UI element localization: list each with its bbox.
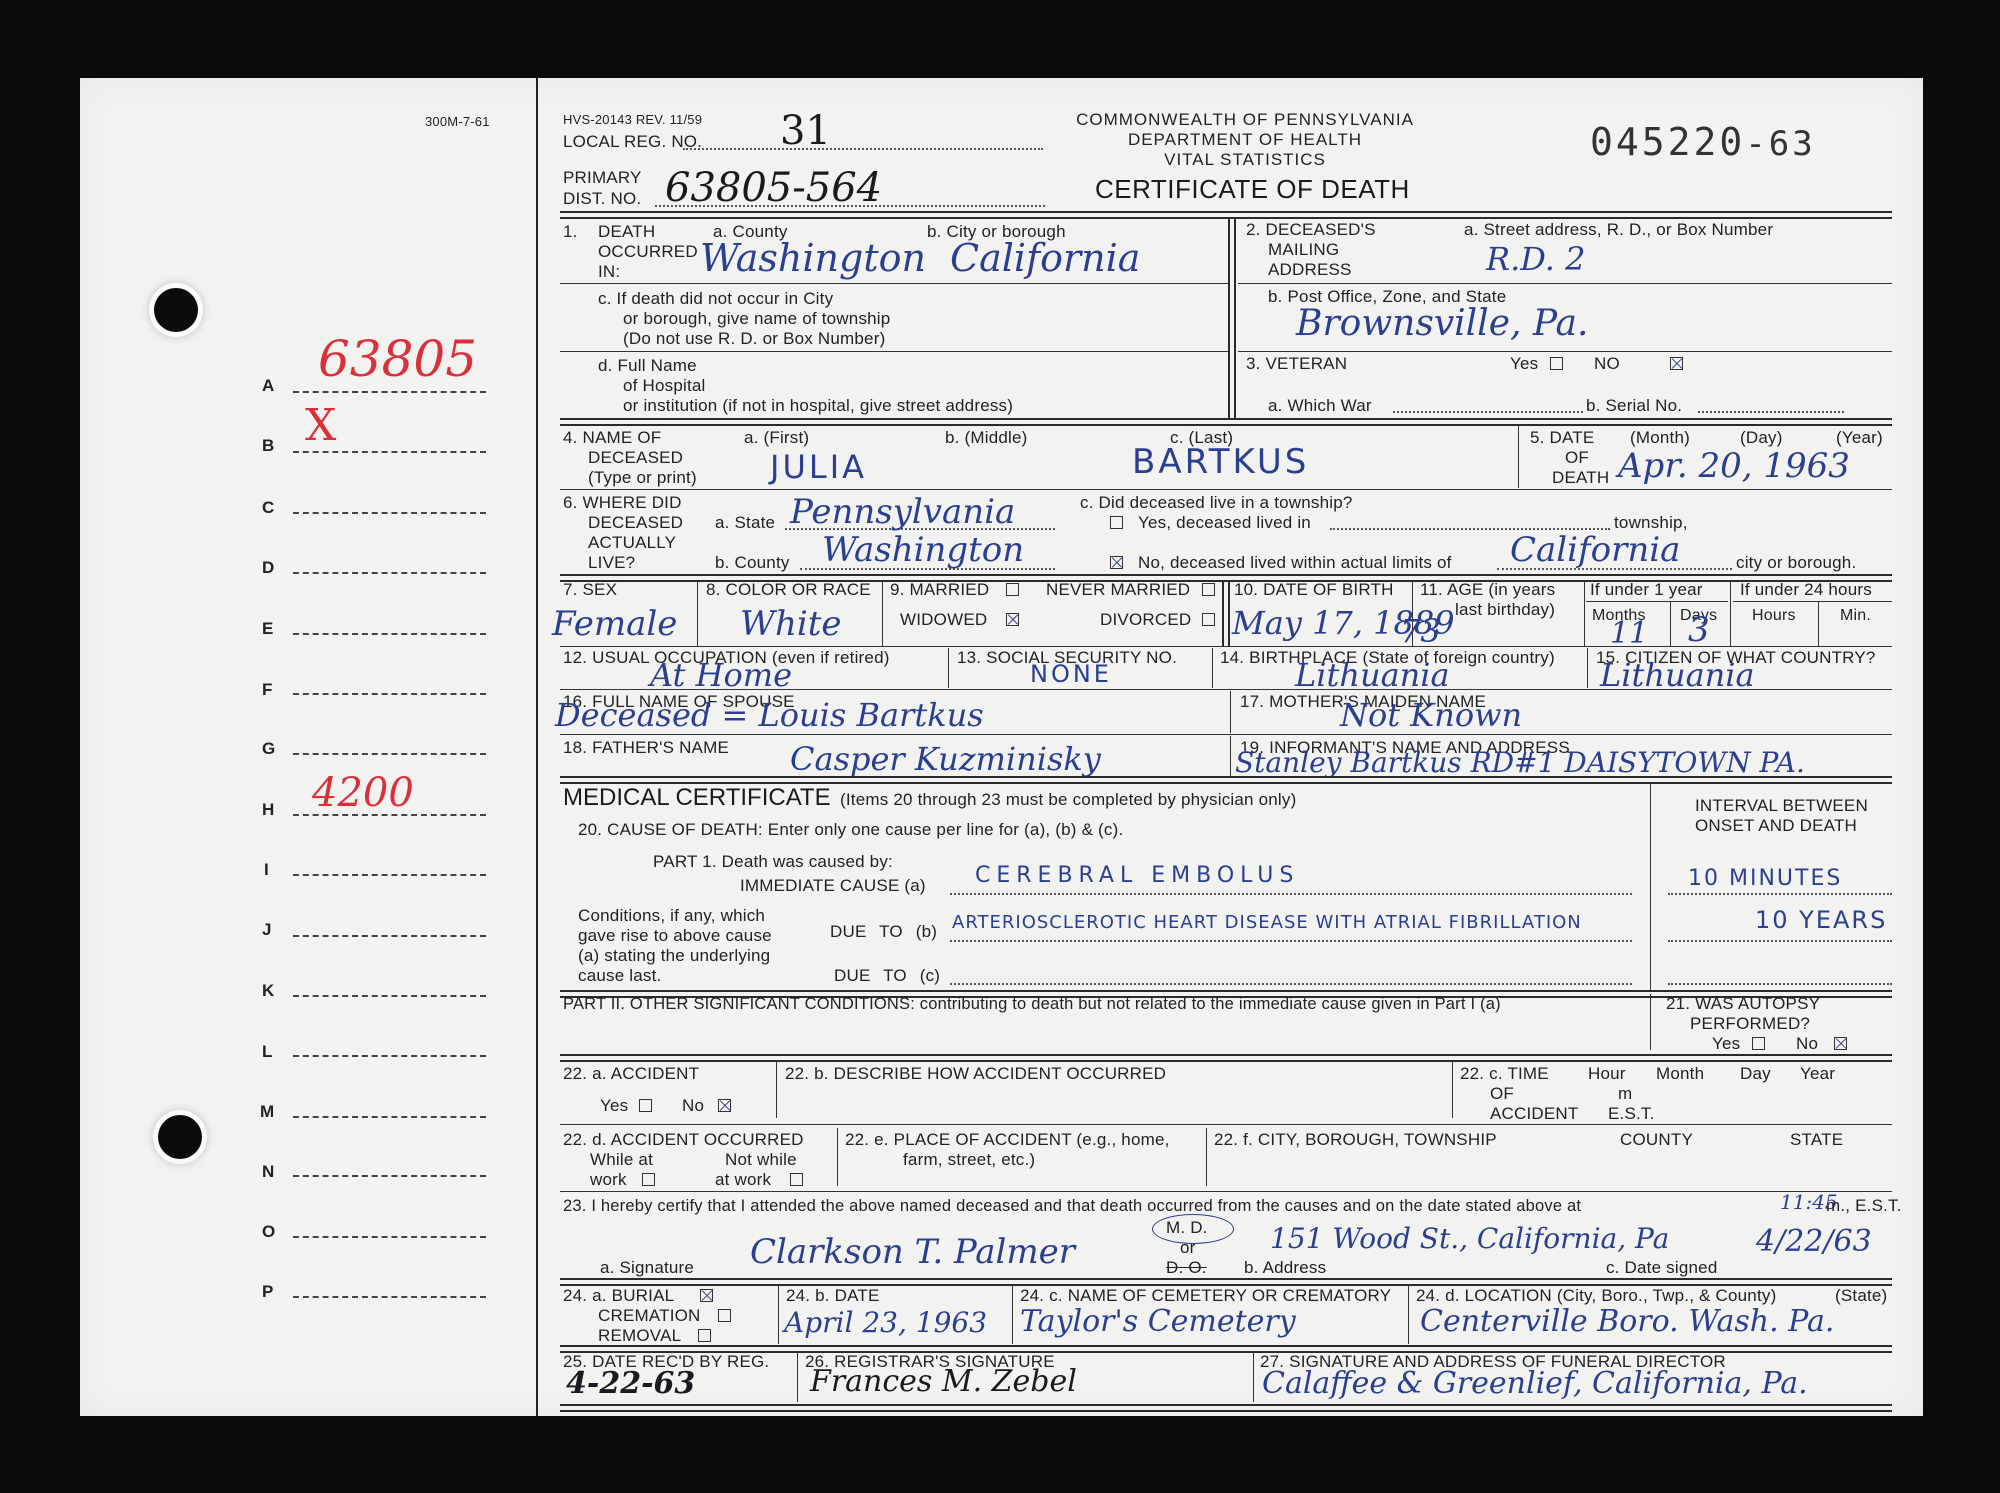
row12-div3 <box>1587 648 1588 688</box>
row7-div5 <box>1584 580 1585 646</box>
min-label: Min. <box>1840 606 1871 626</box>
township-question: c. Did deceased live in a township? <box>1080 493 1353 513</box>
physician-signature: Clarkson T. Palmer <box>750 1232 1075 1272</box>
hospital-line3: or institution (if not in hospital, give… <box>623 396 1013 416</box>
divorced-checkbox[interactable] <box>1202 613 1215 626</box>
strip-letter-b: B <box>262 436 274 456</box>
cause-label: 20. CAUSE OF DEATH: Enter only one cause… <box>578 820 1123 840</box>
not-at-work-checkbox[interactable] <box>790 1173 803 1186</box>
immediate-interval-line <box>1668 893 1892 895</box>
date-signed-value: 4/22/63 <box>1756 1224 1872 1259</box>
physician-address-label: b. Address <box>1244 1258 1326 1278</box>
or-label: or <box>1180 1238 1196 1258</box>
burial-label: 24. a. BURIAL <box>563 1286 674 1306</box>
due-c-interval-line <box>1668 983 1892 985</box>
accident-f-label: 22. f. CITY, BOROUGH, TOWNSHIP <box>1214 1130 1497 1150</box>
local-reg-line <box>683 148 1043 150</box>
date-signed-label: c. Date signed <box>1606 1258 1717 1278</box>
first-name-label: a. (First) <box>744 428 809 448</box>
rule-accident <box>560 1054 1892 1056</box>
strip-line-n <box>293 1175 486 1177</box>
age-value: 73 <box>1400 612 1441 650</box>
married-checkbox[interactable] <box>1006 583 1019 596</box>
rule-registrar <box>560 1345 1892 1347</box>
certify-text: 23. I hereby certify that I attended the… <box>563 1196 1581 1216</box>
rule-part2 <box>560 990 1892 992</box>
accident-year-label: Year <box>1800 1064 1835 1084</box>
item4-item5-divider <box>1518 424 1519 488</box>
strip-divider <box>536 78 538 1416</box>
item1-number: 1. <box>563 222 578 242</box>
item2-label-address: ADDRESS <box>1268 260 1352 280</box>
strip-value-a: 63805 <box>318 330 477 388</box>
mother-value: Not Known <box>1340 696 1522 734</box>
strip-line-c <box>293 512 486 514</box>
local-reg-label: LOCAL REG. NO. <box>563 132 702 152</box>
autopsy-no-label: No <box>1796 1034 1818 1054</box>
interval-divider <box>1650 784 1651 990</box>
under1-rule <box>1586 601 1728 602</box>
veteran-label: 3. VETERAN <box>1246 354 1347 374</box>
removal-label: REMOVAL <box>598 1326 681 1346</box>
item1-line-c <box>560 351 1228 352</box>
months-days-div <box>1670 602 1671 646</box>
item6-label2: DECEASED <box>588 513 683 533</box>
row18-div <box>1230 736 1231 776</box>
location-label: 24. d. LOCATION (City, Boro., Twp., & Co… <box>1416 1286 1776 1306</box>
strip-letter-o: O <box>262 1222 275 1242</box>
which-war-line <box>1393 411 1583 413</box>
strip-line-g <box>293 753 486 755</box>
item6-label1: 6. WHERE DID <box>563 493 682 513</box>
accident-county-label: COUNTY <box>1620 1130 1693 1150</box>
informant-value: Stanley Bartkus RD#1 DAISYTOWN PA. <box>1235 746 1805 779</box>
rule-medical <box>560 776 1892 778</box>
rule-row12 <box>560 646 1892 647</box>
accident-month-label: Month <box>1656 1064 1704 1084</box>
strip-line-a <box>293 391 486 393</box>
strip-line-l <box>293 1055 486 1057</box>
rule-certify <box>560 1191 1892 1192</box>
immediate-interval: 10 MINUTES <box>1688 866 1842 891</box>
immediate-line <box>950 893 1632 895</box>
accident-est-label: E.S.T. <box>1608 1104 1655 1124</box>
sex-value: Female <box>552 604 677 644</box>
immediate-value: CEREBRAL EMBOLUS <box>975 863 1299 888</box>
registrar-div1 <box>797 1352 798 1402</box>
accident-b-label: 22. b. DESCRIBE HOW ACCIDENT OCCURRED <box>785 1064 1166 1084</box>
strip-letter-p: P <box>262 1282 273 1302</box>
funeral-director-value: Calaffee & Greenlief, California, Pa. <box>1262 1366 1808 1401</box>
strip-line-o <box>293 1236 486 1238</box>
hospital-line1: d. Full Name <box>598 356 697 376</box>
strip-letter-h: H <box>262 800 274 820</box>
strip-letter-l: L <box>262 1042 272 1062</box>
strip-line-d <box>293 572 486 574</box>
accident-while-label: While at <box>590 1150 653 1170</box>
race-value: White <box>740 604 842 644</box>
medical-title: MEDICAL CERTIFICATE <box>563 784 831 812</box>
immediate-label: IMMEDIATE CAUSE (a) <box>740 876 926 896</box>
father-value: Casper Kuzminisky <box>790 740 1101 778</box>
accident-hour-label: Hour <box>1588 1064 1626 1084</box>
rule-burial <box>560 1278 1892 1280</box>
accident-div4 <box>1206 1128 1207 1186</box>
location-state-label: (State) <box>1835 1286 1887 1306</box>
strip-line-f <box>293 693 486 695</box>
registrar-div2 <box>1253 1352 1254 1402</box>
burial-date-label: 24. b. DATE <box>786 1286 880 1306</box>
item5-label2: OF <box>1565 448 1589 468</box>
strip-letter-g: G <box>262 739 275 759</box>
hours-label: Hours <box>1752 606 1796 626</box>
accident-work-label: work <box>590 1170 627 1190</box>
physician-address-value: 151 Wood St., California, Pa <box>1270 1222 1669 1255</box>
conditions-line2: gave rise to above cause <box>578 926 772 946</box>
serial-no-label: b. Serial No. <box>1586 396 1682 416</box>
rule-row16 <box>560 689 1892 690</box>
serial-number-main: 045220 <box>1590 120 1745 164</box>
under24-label: If under 24 hours <box>1740 580 1872 600</box>
removal-checkbox[interactable] <box>698 1329 711 1342</box>
widowed-checkbox[interactable] <box>1006 613 1019 626</box>
item2-line-a <box>1238 283 1892 284</box>
conditions-line1: Conditions, if any, which <box>578 906 765 926</box>
cremation-checkbox[interactable] <box>718 1309 731 1322</box>
item4-label1: 4. NAME OF <box>563 428 661 448</box>
item1-label-occurred: OCCURRED <box>598 242 698 262</box>
days-value: 3 <box>1688 610 1710 650</box>
conditions-line3: (a) stating the underlying <box>578 946 770 966</box>
autopsy-label1: 21. WAS AUTOPSY <box>1666 994 1820 1014</box>
strip-letter-i: I <box>264 860 269 880</box>
age-label1: 11. AGE (in years <box>1420 580 1555 600</box>
burial-checkbox[interactable] <box>700 1289 713 1302</box>
city-value: California <box>950 236 1140 280</box>
conditions-line4: cause last. <box>578 966 661 986</box>
strip-letter-f: F <box>262 680 272 700</box>
accident-div3 <box>837 1128 838 1186</box>
never-married-label: NEVER MARRIED <box>1046 580 1190 600</box>
autopsy-yes-label: Yes <box>1712 1034 1740 1054</box>
form-code-left: 300M-7-61 <box>425 112 490 132</box>
dob-label: 10. DATE OF BIRTH <box>1234 580 1394 600</box>
cemetery-label: 24. c. NAME OF CEMETERY OR CREMATORY <box>1020 1286 1391 1306</box>
serial-number-suffix: -63 <box>1745 124 1815 164</box>
township-yes-checkbox[interactable] <box>1110 516 1123 529</box>
accident-no-checkbox[interactable] <box>718 1099 731 1112</box>
veteran-yes-checkbox[interactable] <box>1550 357 1563 370</box>
item6-label4: LIVE? <box>588 553 635 573</box>
last-name-value: BARTKUS <box>1132 442 1309 482</box>
accident-at-work-label: at work <box>715 1170 771 1190</box>
under1-label: If under 1 year <box>1590 580 1703 600</box>
married-label: 9. MARRIED <box>890 580 989 600</box>
strip-letter-a: A <box>262 376 274 396</box>
form-code: HVS-20143 REV. 11/59 <box>563 110 702 130</box>
row12-div1 <box>948 648 949 688</box>
due-c-line <box>950 983 1632 985</box>
serial-number: 045220-63 <box>1590 120 1816 164</box>
do-label: D. O. <box>1166 1258 1207 1278</box>
township-line1: c. If death did not occur in City <box>598 289 833 309</box>
certificate-title: CERTIFICATE OF DEATH <box>1095 174 1410 205</box>
item5-label3: DEATH <box>1552 468 1609 488</box>
street-value: R.D. 2 <box>1486 240 1585 278</box>
dist-label: DIST. NO. <box>563 189 641 209</box>
item2-line-b <box>1238 351 1892 352</box>
township-no-text: No, deceased lived within actual limits … <box>1138 553 1452 573</box>
strip-letter-n: N <box>262 1162 274 1182</box>
strip-letter-e: E <box>262 619 273 639</box>
item2-label1: DECEASED'S <box>1266 220 1376 239</box>
item4-label2: DECEASED <box>588 448 683 468</box>
header-vital-statistics: VITAL STATISTICS <box>1070 150 1420 170</box>
res-county-label: b. County <box>715 553 790 573</box>
header-commonwealth: COMMONWEALTH OF PENNSYLVANIA <box>1070 110 1420 130</box>
strip-letter-c: C <box>262 498 274 518</box>
street-label: a. Street address, R. D., or Box Number <box>1464 220 1773 240</box>
accident-d-label: 22. d. ACCIDENT OCCURRED <box>563 1130 804 1150</box>
item6-label3: ACTUALLY <box>588 533 676 553</box>
date-of-death-value: Apr. 20, 1963 <box>1618 446 1850 486</box>
part1-label: PART 1. Death was caused by: <box>653 852 893 872</box>
primary-label: PRIMARY <box>563 168 642 188</box>
post-office-value: Brownsville, Pa. <box>1296 303 1588 344</box>
due-b-label: DUE TO (b) <box>830 922 937 942</box>
rule-row18 <box>560 734 1892 735</box>
accident-div2 <box>1452 1060 1453 1118</box>
township-yes-text: Yes, deceased lived in <box>1138 513 1311 533</box>
due-b-line <box>950 940 1632 942</box>
item5-label1: 5. DATE <box>1530 428 1594 448</box>
strip-value-b: X <box>305 400 336 451</box>
accident-day-label: Day <box>1740 1064 1771 1084</box>
strip-line-b <box>293 451 486 453</box>
accident-div1 <box>776 1060 777 1118</box>
accident-e-label2: farm, street, etc.) <box>903 1150 1035 1170</box>
strip-letter-m: M <box>260 1102 274 1122</box>
row7-div6 <box>1730 580 1731 646</box>
autopsy-yes-checkbox[interactable] <box>1752 1037 1765 1050</box>
res-county-value: Washington <box>822 530 1024 570</box>
widowed-label: WIDOWED <box>900 610 987 630</box>
strip-letter-j: J <box>262 920 271 940</box>
township-line3: (Do not use R. D. or Box Number) <box>623 329 885 349</box>
strip-line-i <box>293 874 486 876</box>
medical-subtitle: (Items 20 through 23 must be completed b… <box>840 790 1296 810</box>
accident-m-label: m <box>1618 1084 1632 1104</box>
burial-date-value: April 23, 1963 <box>784 1306 987 1339</box>
autopsy-no-checkbox[interactable] <box>1834 1037 1847 1050</box>
row7-div1 <box>697 580 698 646</box>
burial-div1 <box>778 1284 779 1344</box>
cremation-label: CREMATION <box>598 1306 701 1326</box>
rule-item6 <box>560 489 1892 490</box>
registrar-signature: Frances M. Zebel <box>810 1364 1077 1399</box>
divorced-label: DIVORCED <box>1100 610 1191 630</box>
accident-c-label3: ACCIDENT <box>1490 1104 1579 1124</box>
due-b-interval-line <box>1668 940 1892 942</box>
row16-div <box>1230 691 1231 733</box>
strip-letter-d: D <box>262 558 274 578</box>
veteran-no-label: NO <box>1594 354 1620 374</box>
date-recd-value: 4-22-63 <box>566 1366 695 1401</box>
accident-e-label1: 22. e. PLACE OF ACCIDENT (e.g., home, <box>845 1130 1170 1150</box>
interval-label2: ONSET AND DEATH <box>1695 816 1857 836</box>
spouse-value: Deceased = Louis Bartkus <box>555 696 984 734</box>
row12-div2 <box>1212 648 1213 688</box>
under24-rule <box>1733 601 1892 602</box>
autopsy-divider <box>1650 994 1651 1050</box>
item1-item2-divider <box>1228 218 1230 418</box>
item1-line-ab <box>560 283 1228 284</box>
row7-div3 <box>1222 580 1224 646</box>
year-label: (Year) <box>1836 428 1883 448</box>
township-no-checkbox[interactable] <box>1110 556 1123 569</box>
autopsy-label2: PERFORMED? <box>1690 1014 1810 1034</box>
strip-letter-k: K <box>262 981 274 1001</box>
accident-yes-checkbox[interactable] <box>639 1099 652 1112</box>
accident-no-label: No <box>682 1096 704 1116</box>
due-b-interval: 10 YEARS <box>1755 906 1887 934</box>
punch-hole-top <box>154 288 198 332</box>
serial-no-line <box>1698 411 1844 413</box>
never-married-checkbox[interactable] <box>1202 583 1215 596</box>
dist-value: 63805-564 <box>665 165 882 211</box>
race-label: 8. COLOR OR RACE <box>706 580 871 600</box>
signature-label: a. Signature <box>600 1258 694 1278</box>
strip-line-p <box>293 1296 486 1298</box>
due-c-label: DUE TO (c) <box>834 966 940 986</box>
accident-c-label2: OF <box>1490 1084 1514 1104</box>
certify-suffix: m., E.S.T. <box>1826 1196 1902 1216</box>
month-label: (Month) <box>1630 428 1690 448</box>
res-state-label: a. State <box>715 513 775 533</box>
township-line2: or borough, give name of township <box>623 309 890 329</box>
day-label: (Day) <box>1740 428 1783 448</box>
item2-label-deceaseds: 2. DECEASED'S <box>1246 220 1376 240</box>
accident-c-label1: 22. c. TIME <box>1460 1064 1549 1084</box>
accident-state-label: STATE <box>1790 1130 1843 1150</box>
interval-label1: INTERVAL BETWEEN <box>1695 796 1868 816</box>
veteran-no-checkbox[interactable] <box>1670 357 1683 370</box>
county-value: Washington <box>700 236 926 280</box>
header-department: DEPARTMENT OF HEALTH <box>1070 130 1420 150</box>
part2-label: PART II. OTHER SIGNIFICANT CONDITIONS: c… <box>563 994 1501 1014</box>
rule-row7 <box>560 574 1892 576</box>
limits-value: California <box>1510 530 1680 570</box>
row7-div2 <box>882 580 883 646</box>
which-war-label: a. Which War <box>1268 396 1372 416</box>
local-reg-value: 31 <box>780 108 831 154</box>
strip-line-j <box>293 935 486 937</box>
veteran-yes-label: Yes <box>1510 354 1538 374</box>
accident-not-while-label: Not while <box>725 1150 797 1170</box>
cemetery-value: Taylor's Cemetery <box>1020 1304 1296 1339</box>
item2-label-mailing: MAILING <box>1268 240 1339 260</box>
due-b-value: ARTERIOSCLEROTIC HEART DISEASE WITH ATRI… <box>952 912 1582 933</box>
rule-accident-d <box>560 1124 1892 1125</box>
res-state-value: Pennsylvania <box>790 492 1015 532</box>
rule-item4 <box>560 418 1892 420</box>
hours-min-div <box>1818 602 1819 646</box>
strip-value-h: 4200 <box>312 770 414 816</box>
sex-label: 7. SEX <box>563 580 617 600</box>
burial-div2 <box>1012 1284 1013 1344</box>
city-suffix: city or borough. <box>1736 553 1856 573</box>
age-label2: last birthday) <box>1455 600 1555 620</box>
strip-line-k <box>293 995 486 997</box>
location-value: Centerville Boro. Wash. Pa. <box>1420 1304 1834 1339</box>
burial-div3 <box>1408 1284 1409 1344</box>
father-label: 18. FATHER'S NAME <box>563 738 729 758</box>
rule-bottom <box>560 1404 1892 1406</box>
first-name-value: JULIA <box>770 448 867 486</box>
middle-name-label: b. (Middle) <box>945 428 1028 448</box>
item1-label-death: DEATH <box>598 222 655 242</box>
item1-label-in: IN: <box>598 262 620 282</box>
strip-line-m <box>293 1116 486 1118</box>
item2-number: 2. <box>1246 220 1261 239</box>
punch-hole-bottom <box>158 1115 202 1159</box>
rule-top <box>560 211 1892 213</box>
while-at-work-checkbox[interactable] <box>642 1173 655 1186</box>
item4-label3: (Type or print) <box>588 468 697 488</box>
accident-a-label: 22. a. ACCIDENT <box>563 1064 699 1084</box>
hospital-line2: of Hospital <box>623 376 706 396</box>
strip-line-e <box>293 633 486 635</box>
ssn-value: NONE <box>1030 660 1112 688</box>
accident-yes-label: Yes <box>600 1096 628 1116</box>
